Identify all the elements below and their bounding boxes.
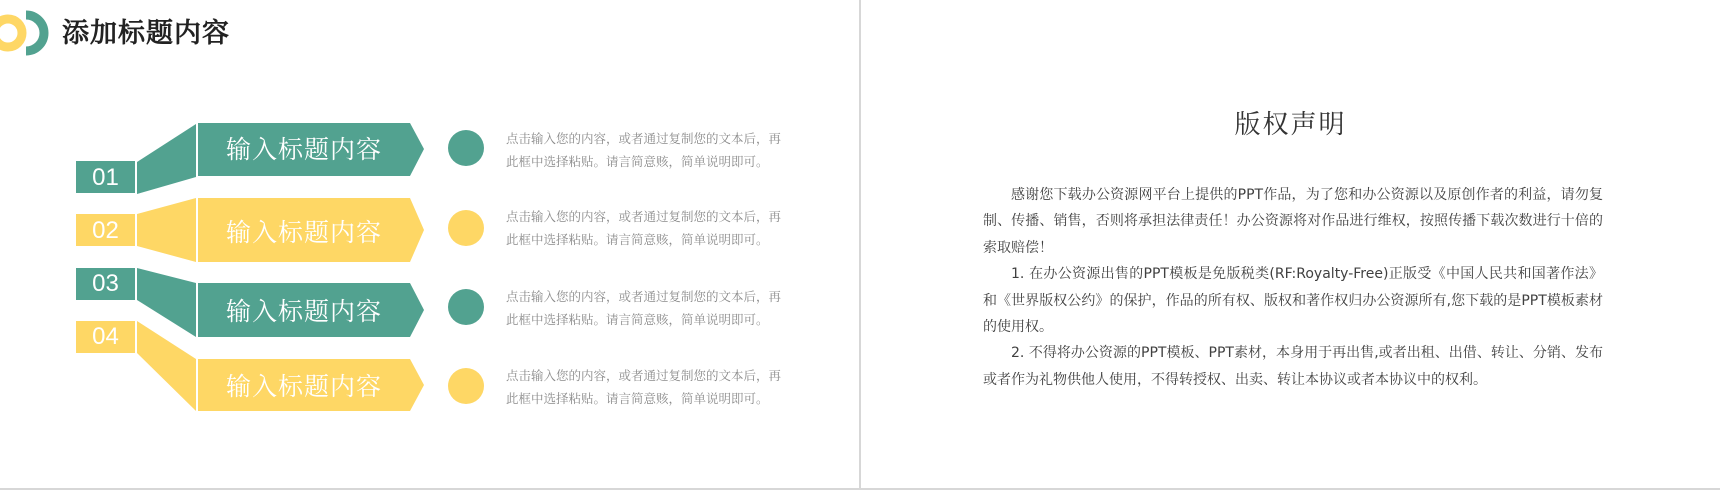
connector-3 (137, 268, 196, 337)
item-number: 04 (76, 321, 135, 353)
desc-line: 点击输入您的内容，或者通过复制您的文本后，再 (506, 364, 796, 387)
desc-line: 此框中选择粘贴。请言简意赅，简单说明即可。 (506, 150, 796, 173)
slide-left: 添加标题内容 01 输入标题内容 点击输入您的内容，或者通过复制您的文本后，再 … (0, 0, 859, 488)
bullet-dot (448, 368, 484, 404)
bullet-dot (448, 130, 484, 166)
item-number: 03 (76, 268, 135, 300)
desc-line: 此框中选择粘贴。请言简意赅，简单说明即可。 (506, 228, 796, 251)
item-description[interactable]: 点击输入您的内容，或者通过复制您的文本后，再 此框中选择粘贴。请言简意赅，简单说… (506, 205, 796, 251)
desc-line: 点击输入您的内容，或者通过复制您的文本后，再 (506, 205, 796, 228)
copyright-title: 版权声明 (861, 104, 1720, 141)
copyright-paragraph: 1. 在办公资源出售的PPT模板是免版税类(RF:Royalty-Free)正版… (983, 261, 1603, 340)
desc-line: 此框中选择粘贴。请言简意赅，简单说明即可。 (506, 387, 796, 410)
bullet-dot (448, 289, 484, 325)
desc-line: 此框中选择粘贴。请言简意赅，简单说明即可。 (506, 308, 796, 331)
copyright-body[interactable]: 感谢您下载办公资源网平台上提供的PPT作品，为了您和办公资源以及原创作者的利益，… (983, 182, 1603, 393)
item-title[interactable]: 输入标题内容 (198, 367, 410, 403)
connector-1 (137, 124, 196, 194)
slide-right: 版权声明 感谢您下载办公资源网平台上提供的PPT作品，为了您和办公资源以及原创作… (861, 0, 1720, 488)
connector-2 (137, 198, 196, 262)
connector-4 (137, 321, 196, 411)
item-description[interactable]: 点击输入您的内容，或者通过复制您的文本后，再 此框中选择粘贴。请言简意赅，简单说… (506, 285, 796, 331)
item-title[interactable]: 输入标题内容 (198, 292, 410, 328)
item-number: 02 (76, 215, 135, 247)
item-description[interactable]: 点击输入您的内容，或者通过复制您的文本后，再 此框中选择粘贴。请言简意赅，简单说… (506, 127, 796, 173)
item-title[interactable]: 输入标题内容 (198, 213, 410, 249)
desc-line: 点击输入您的内容，或者通过复制您的文本后，再 (506, 285, 796, 308)
copyright-paragraph: 2. 不得将办公资源的PPT模板、PPT素材，本身用于再出售,或者出租、出借、转… (983, 340, 1603, 393)
item-number: 01 (76, 162, 135, 194)
item-title[interactable]: 输入标题内容 (198, 130, 410, 166)
bullet-dot (448, 210, 484, 246)
copyright-paragraph: 感谢您下载办公资源网平台上提供的PPT作品，为了您和办公资源以及原创作者的利益，… (983, 182, 1603, 261)
desc-line: 点击输入您的内容，或者通过复制您的文本后，再 (506, 127, 796, 150)
item-description[interactable]: 点击输入您的内容，或者通过复制您的文本后，再 此框中选择粘贴。请言简意赅，简单说… (506, 364, 796, 410)
